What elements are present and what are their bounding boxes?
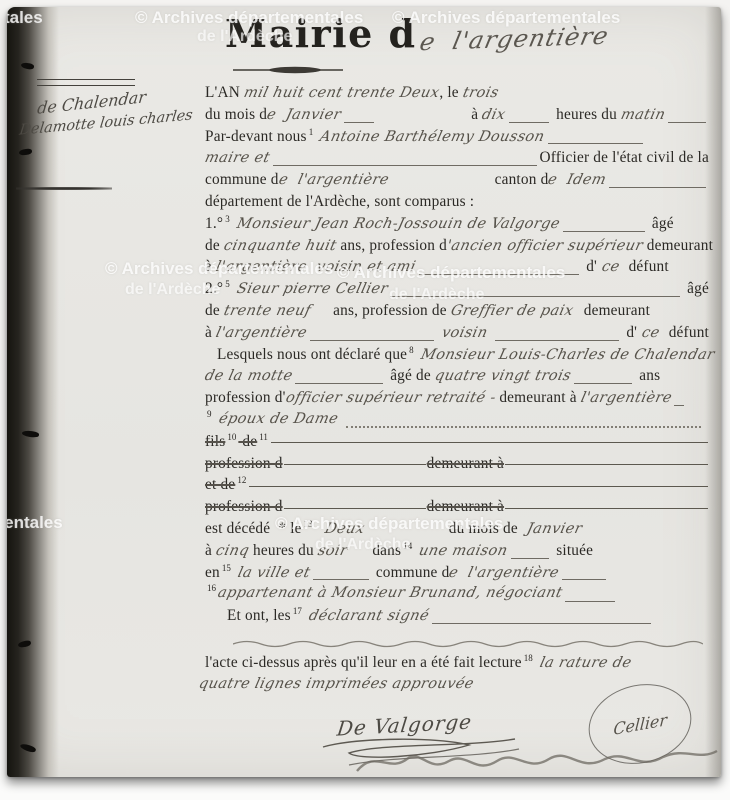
printed-text: commune d: [372, 564, 450, 582]
watermark-fragment: mentales: [7, 8, 43, 28]
act-body: L'AN mil huit cent trente Deux, le trois…: [205, 84, 709, 698]
handwritten-text: mil huit cent trente Deux: [242, 85, 441, 101]
printed-text: en: [205, 564, 220, 582]
document-line: profession ddemeurant à: [205, 455, 709, 477]
printed-text-struck: de: [238, 433, 257, 451]
footnote-number: 1: [309, 127, 314, 137]
handwritten-text: la ville et: [231, 565, 312, 581]
footnote-number: 5: [225, 279, 230, 289]
strike-rule: [284, 508, 426, 509]
printed-text: de: [205, 302, 224, 320]
footnote-number: 17: [293, 606, 302, 616]
watermark: © Archives départementales: [275, 514, 503, 534]
watermark: de l'Ardèche: [315, 536, 410, 554]
handwritten-text: matin: [619, 107, 667, 123]
printed-text: située: [552, 542, 593, 560]
document-line: de trente neuf ans, profession de Greffi…: [205, 302, 709, 324]
printed-text: du mois d: [205, 106, 267, 124]
document-line: département de l'Ardèche, sont comparus …: [205, 193, 709, 215]
document-line: maire etOfficier de l'état civil de la: [205, 149, 709, 171]
register-scan: Mairie d e l'argentière de Chalendar Del…: [7, 7, 721, 777]
act-lines: L'AN mil huit cent trente Deux, le trois…: [205, 84, 709, 629]
handwritten-text: ce: [635, 325, 666, 341]
printed-text: âgé: [683, 280, 709, 298]
handwritten-text: e Idem: [547, 172, 609, 188]
handwritten-text: Greffier de paix: [449, 303, 575, 319]
ink-rule: [310, 340, 434, 341]
handwritten-text: maire et: [203, 150, 271, 166]
document-line: en15 la ville et commune de l'argentière: [205, 564, 709, 586]
watermark-fragment: mentales: [7, 513, 63, 533]
ink-rule: [495, 340, 619, 341]
margin-rule: [16, 187, 112, 190]
watermark: © Archives départementales: [337, 263, 565, 283]
document-line: 1.°3 Monsieur Jean Roch-Jossouin de Valg…: [205, 215, 709, 237]
footnote-number: 18: [524, 653, 533, 663]
handwritten-text: quatre lignes imprimées approuvée: [197, 676, 475, 692]
strike-rule: [271, 442, 708, 443]
handwritten-text: trente neuf: [222, 303, 312, 319]
document-line: Lesquels nous ont déclaré que8 Monsieur …: [217, 346, 709, 368]
document-line: Par-devant nous1 Antoine Barthélemy Dous…: [205, 128, 709, 150]
handwritten-text: une maison: [412, 543, 509, 559]
printed-text: L'AN: [205, 84, 244, 102]
handwritten-text: l'argentière: [579, 390, 673, 406]
printed-text: âgé: [648, 215, 674, 233]
margin-rule-top: [37, 79, 135, 86]
handwritten-text: Monsieur Jean Roch-Jossouin de Valgorge: [230, 216, 562, 232]
printed-text-struck: profession d: [205, 455, 283, 473]
wavy-separator: [233, 638, 703, 650]
printed-text: , le: [439, 84, 463, 102]
handwritten-text: l'argentière: [214, 325, 308, 341]
dotted-rule: [346, 426, 701, 428]
printed-text: demeurant: [580, 302, 650, 320]
printed-text: Et ont, les: [227, 607, 291, 625]
document-line: de la motte âgé de quatre vingt trois an…: [205, 367, 709, 389]
footnote-number: 16: [207, 583, 216, 593]
document-line: fils10 de11: [205, 433, 709, 455]
printed-text: profession d': [205, 389, 286, 407]
handwritten-text: trois: [461, 85, 500, 101]
handwritten-text: dix: [480, 107, 507, 123]
handwritten-text: cinq: [214, 543, 251, 559]
footnote-number: 11: [259, 432, 268, 442]
printed-text: défunt: [665, 324, 709, 342]
handwritten-text: e l'argentière: [277, 172, 390, 188]
footnote-number: 3: [225, 214, 230, 224]
ink-rule: [344, 122, 374, 123]
ink-rule: [432, 623, 651, 624]
handwritten-text: appartenant à Monsieur Brunand, négocian…: [216, 585, 564, 601]
page-background: Mairie d e l'argentière de Chalendar Del…: [0, 0, 730, 800]
document-line: profession d'officier supérieur retraité…: [205, 389, 709, 411]
strike-rule: [284, 464, 426, 465]
handwritten-text: ce: [595, 259, 626, 275]
strike-rule: [249, 486, 708, 487]
header-flourish: [233, 65, 343, 75]
ink-rule: [668, 122, 706, 123]
handwritten-text: 'ancien officier supérieur: [445, 238, 644, 254]
ink-rule: [511, 558, 550, 559]
strike-rule: [505, 508, 708, 509]
printed-text: ans, profession d: [336, 237, 447, 255]
watermark: © Archives départementales: [135, 8, 363, 28]
handwritten-text: e l'argentière: [448, 565, 561, 581]
handwritten-text: la rature de: [533, 655, 633, 671]
watermark: © Archives départementales: [392, 8, 620, 28]
printed-text: heures du: [249, 542, 318, 560]
ink-rule: [674, 405, 684, 406]
footnote-number: 8: [409, 345, 414, 355]
printed-text: heures du: [552, 106, 621, 124]
document-line: L'AN mil huit cent trente Deux, le trois: [205, 84, 709, 106]
bottom-cut-signature: [355, 743, 721, 777]
printed-text: 1.°: [205, 215, 223, 233]
printed-text-struck: profession d: [205, 498, 283, 516]
ink-rule: [548, 143, 643, 144]
printed-text: commune d: [205, 171, 279, 189]
handwritten-text: époux de Dame: [212, 411, 340, 427]
printed-text: demeurant: [643, 237, 713, 255]
watermark: de l'Ardèche: [197, 28, 292, 46]
watermark: © Archives départementales: [105, 259, 333, 279]
handwritten-text: déclarant signé: [302, 608, 431, 624]
document-line: et de12: [205, 476, 709, 498]
printed-text: Officier de l'état civil de la: [540, 149, 709, 167]
printed-text: Par-devant nous: [205, 128, 307, 146]
handwritten-text: officier supérieur retraité -: [284, 390, 497, 406]
paraph-signature: Cellier: [613, 710, 668, 739]
document-line: à l'argentière voisin d' ce défunt: [205, 324, 709, 346]
ink-rule: [509, 122, 550, 123]
document-line: l'acte ci-dessus après qu'il leur en a é…: [205, 654, 709, 676]
printed-text: département de l'Ardèche, sont comparus …: [205, 193, 474, 211]
printed-text-struck: demeurant à: [427, 455, 504, 473]
watermark: de l'Ardèche: [389, 286, 484, 304]
ink-rule: [609, 187, 706, 188]
watermark: de l'Ardèche: [125, 281, 220, 299]
ink-rule: [565, 601, 614, 602]
printed-text-struck: et de: [205, 476, 235, 494]
printed-text: ans: [635, 367, 660, 385]
printed-text-struck: fils: [205, 433, 225, 451]
footnote-number: 15: [222, 563, 231, 573]
ink-rule: [563, 231, 645, 232]
printed-text: âgé de: [386, 367, 435, 385]
ink-rule: [273, 165, 537, 166]
handwritten-text: quatre vingt trois: [433, 368, 573, 384]
handwritten-text: cinquante huit: [222, 238, 338, 254]
document-line: commune de l'argentièrecanton de Idem: [205, 171, 709, 193]
ink-rule: [562, 579, 606, 580]
handwritten-text: voisin: [435, 325, 494, 341]
document-line: 16appartenant à Monsieur Brunand, négoci…: [205, 585, 709, 607]
handwritten-text: e Janvier: [265, 107, 343, 123]
handwritten-text: Monsieur Louis-Charles de Chalendar: [414, 347, 716, 363]
document-line: Et ont, les17 déclarant signé: [227, 607, 709, 629]
handwritten-text: Antoine Barthélemy Dousson: [313, 129, 546, 145]
handwritten-text: de la motte: [203, 368, 294, 384]
printed-text: l'acte ci-dessus après qu'il leur en a é…: [205, 654, 522, 672]
printed-text: Lesquels nous ont déclaré que: [217, 346, 407, 364]
strike-rule: [505, 464, 708, 465]
printed-text: défunt: [625, 258, 669, 276]
printed-text: de: [205, 237, 224, 255]
footnote-number: 9: [207, 409, 212, 419]
handwritten-text: Sieur pierre Cellier: [230, 281, 389, 297]
printed-text: ans, profession de: [329, 302, 451, 320]
printed-text: demeurant à: [495, 389, 580, 407]
handwritten-text: Janvier: [520, 521, 584, 537]
footnote-number: 10: [227, 432, 236, 442]
document-line: à cinq heures du soir dans14 une maison …: [205, 542, 709, 564]
ink-rule: [574, 383, 632, 384]
document-line: de cinquante huit ans, profession d'anci…: [205, 237, 709, 259]
printed-text: canton d: [495, 171, 549, 189]
document-line: 9 époux de Dame: [205, 411, 709, 433]
document-line: du mois de Janvierà dix heures du matin: [205, 106, 709, 128]
ink-rule: [313, 579, 369, 580]
footnote-number: 12: [237, 475, 246, 485]
ink-rule: [295, 383, 383, 384]
